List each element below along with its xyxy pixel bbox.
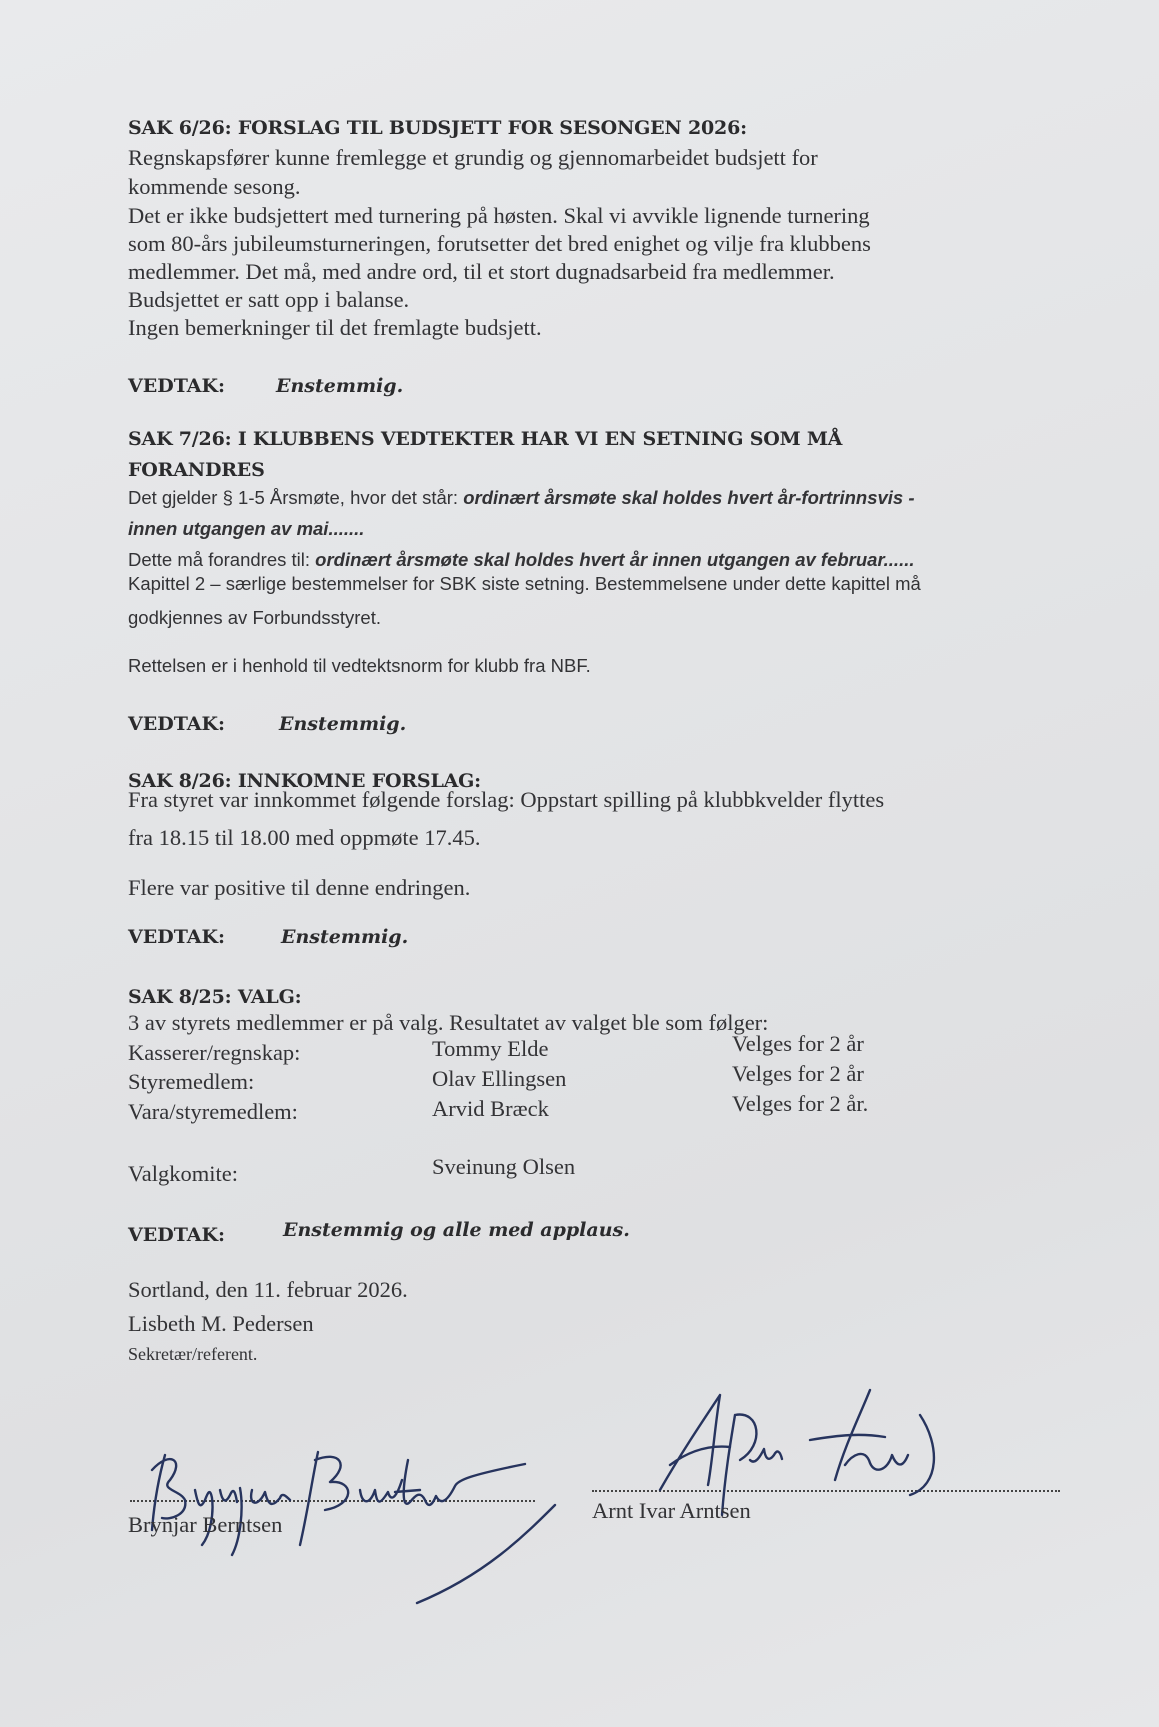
valg-name: Tommy Elde [432, 1036, 549, 1062]
valg-vedtak-label: VEDTAK: [128, 1224, 225, 1246]
sak6-line: Ingen bemerkninger til det fremlagte bud… [128, 315, 542, 341]
valg-term: Velges for 2 år [732, 1061, 864, 1087]
sak7-line1-quote: ordinært årsmøte skal holdes hvert år-fo… [463, 487, 914, 508]
sak6-vedtak-value: Enstemmig. [276, 375, 403, 397]
closing-place-date: Sortland, den 11. februar 2026. [128, 1277, 408, 1303]
valg-vedtak-value: Enstemmig og alle med applaus. [283, 1219, 630, 1241]
sak8-vedtak-value: Enstemmig. [281, 926, 408, 948]
valg-role: Vara/styremedlem: [128, 1099, 298, 1125]
valg-committee-role: Valgkomite: [128, 1161, 238, 1187]
sak6-line: Budsjettet er satt opp i balanse. [128, 287, 409, 313]
signature-stroke [415, 1495, 565, 1615]
sak7-line6: Rettelsen er i henhold til vedtektsnorm … [128, 655, 591, 677]
sak6-line: Regnskapsfører kunne fremlegge et grundi… [128, 145, 818, 171]
sak7-line: Dette må forandres til: ordinært årsmøte… [128, 549, 915, 571]
valg-intro: 3 av styrets medlemmer er på valg. Resul… [128, 1010, 768, 1036]
signature-name-left: Brynjar Berntsen [128, 1512, 282, 1538]
sak7-vedtak-label: VEDTAK: [128, 713, 225, 735]
sak8-comment: Flere var positive til denne endringen. [128, 875, 470, 901]
sak7-line2-quote: innen utgangen av mai....... [128, 518, 364, 540]
sak8-line: fra 18.15 til 18.00 med oppmøte 17.45. [128, 825, 480, 851]
sak7-heading: SAK 7/26: I KLUBBENS VEDTEKTER HAR VI EN… [128, 428, 842, 450]
sak7-heading-cont: FORANDRES [128, 459, 265, 481]
valg-heading: SAK 8/25: VALG: [128, 986, 301, 1008]
sak7-line5: godkjennes av Forbundsstyret. [128, 607, 381, 629]
sak7-vedtak-value: Enstemmig. [279, 713, 406, 735]
valg-role: Styremedlem: [128, 1069, 254, 1095]
sak6-heading: SAK 6/26: FORSLAG TIL BUDSJETT FOR SESON… [128, 117, 747, 139]
valg-name: Arvid Bræck [432, 1096, 549, 1122]
sak8-vedtak-label: VEDTAK: [128, 926, 225, 948]
valg-term: Velges for 2 år. [732, 1091, 868, 1117]
document-page: SAK 6/26: FORSLAG TIL BUDSJETT FOR SESON… [0, 0, 1159, 1727]
sak7-line3-prefix: Dette må forandres til: [128, 549, 315, 570]
sak8-line: Fra styret var innkommet følgende forsla… [128, 787, 884, 813]
closing-name: Lisbeth M. Pedersen [128, 1311, 314, 1337]
valg-term: Velges for 2 år [732, 1031, 864, 1057]
valg-role: Kasserer/regnskap: [128, 1040, 300, 1066]
sak6-line: som 80-års jubileumsturneringen, forutse… [128, 231, 871, 257]
valg-committee-name: Sveinung Olsen [432, 1154, 575, 1180]
sak6-line: Det er ikke budsjettert med turnering på… [128, 203, 870, 229]
sak7-line4: Kapittel 2 – særlige bestemmelser for SB… [128, 573, 921, 595]
sak6-vedtak-label: VEDTAK: [128, 375, 225, 397]
valg-name: Olav Ellingsen [432, 1066, 566, 1092]
sak6-line: kommende sesong. [128, 174, 300, 200]
sak6-line: medlemmer. Det må, med andre ord, til et… [128, 259, 835, 285]
closing-title: Sekretær/referent. [128, 1344, 257, 1365]
sak7-line3-quote: ordinært årsmøte skal holdes hvert år in… [315, 549, 914, 570]
signature-name-right: Arnt Ivar Arntsen [592, 1498, 751, 1524]
sak7-line1-prefix: Det gjelder § 1-5 Årsmøte, hvor det står… [128, 487, 463, 508]
sak7-line: Det gjelder § 1-5 Årsmøte, hvor det står… [128, 487, 915, 509]
